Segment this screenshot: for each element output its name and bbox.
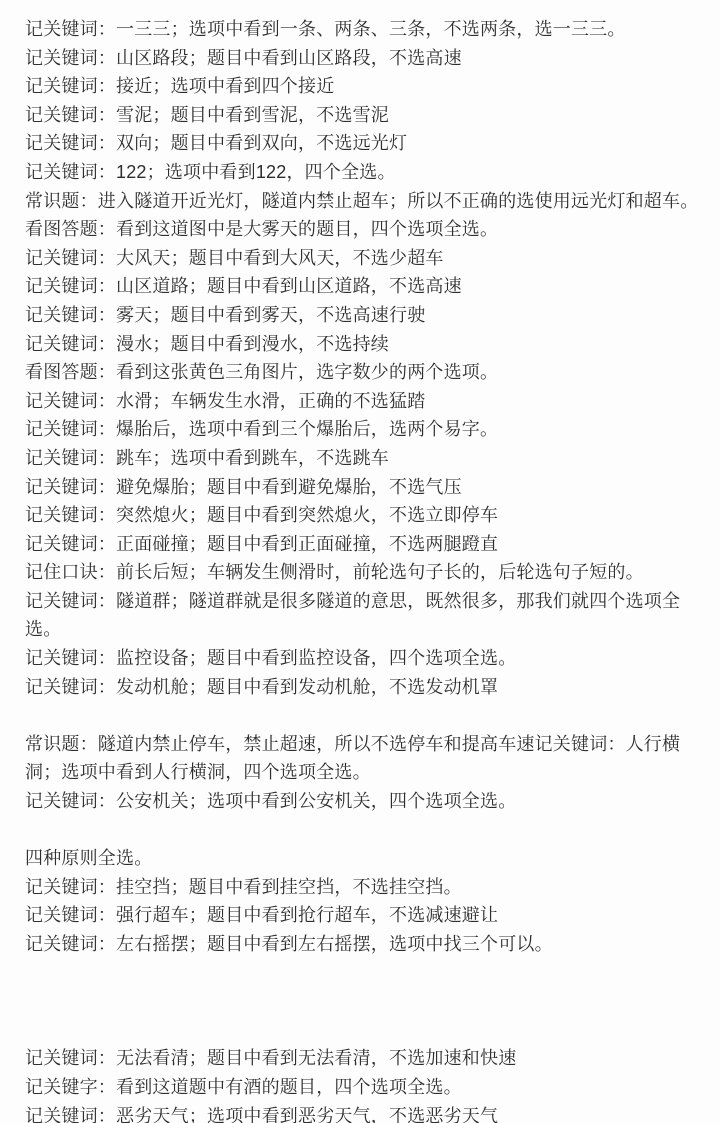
blank-line xyxy=(25,701,708,730)
note-line: 记关键词：正面碰撞；题目中看到正面碰撞，不选两腿蹬直 xyxy=(25,530,708,559)
note-line: 记关键词：山区道路；题目中看到山区道路，不选高速 xyxy=(25,272,708,301)
note-line: 看图答题：看到这道图中是大雾天的题目，四个选项全选。 xyxy=(25,215,708,244)
note-line: 记关键词：发动机舱；题目中看到发动机舱，不选发动机罩 xyxy=(25,673,708,702)
note-line: 记关键词：122；选项中看到122，四个全选。 xyxy=(25,158,708,187)
note-line: 记关键词：一三三；选项中看到一条、两条、三条，不选两条，选一三三。 xyxy=(25,15,708,44)
blank-line xyxy=(25,959,708,988)
note-line: 记关键词：突然熄火；题目中看到突然熄火，不选立即停车 xyxy=(25,501,708,530)
note-line: 记关键词：大风天；题目中看到大风天，不选少超车 xyxy=(25,244,708,273)
note-line: 四种原则全选。 xyxy=(25,844,708,873)
note-line: 看图答题：看到这张黄色三角图片，选字数少的两个选项。 xyxy=(25,358,708,387)
note-line: 记关键词：爆胎后，选项中看到三个爆胎后，选两个易字。 xyxy=(25,415,708,444)
note-line: 记关键词：监控设备；题目中看到监控设备，四个选项全选。 xyxy=(25,644,708,673)
note-line: 记关键词：雪泥；题目中看到雪泥，不选雪泥 xyxy=(25,101,708,130)
note-line: 记关键词：漫水；题目中看到漫水，不选持续 xyxy=(25,330,708,359)
note-line: 记关键词：强行超车；题目中看到抢行超车，不选减速避让 xyxy=(25,901,708,930)
note-line: 记关键词：避免爆胎；题目中看到避免爆胎，不选气压 xyxy=(25,473,708,502)
note-line: 记关键词：水滑；车辆发生水滑，正确的不选猛踏 xyxy=(25,387,708,416)
note-line: 记关键词：挂空挡；题目中看到挂空挡，不选挂空挡。 xyxy=(25,873,708,902)
note-line: 记关键词：跳车；选项中看到跳车，不选跳车 xyxy=(25,444,708,473)
note-line: 记关键词：无法看清；题目中看到无法看清，不选加速和快速 xyxy=(25,1044,708,1073)
note-line: 记关键词：公安机关；选项中看到公安机关，四个选项全选。 xyxy=(25,787,708,816)
note-line: 记住口诀：前长后短；车辆发生侧滑时，前轮选句子长的，后轮选句子短的。 xyxy=(25,558,708,587)
blank-line xyxy=(25,987,708,1016)
note-line: 记关键词：隧道群；隧道群就是很多隧道的意思，既然很多，那我们就四个选项全选。 xyxy=(25,587,708,644)
note-line: 记关键词：左右摇摆；题目中看到左右摇摆，选项中找三个可以。 xyxy=(25,930,708,959)
note-line: 常识题：隧道内禁止停车，禁止超速，所以不选停车和提高车速记关键词：人行横洞；选项… xyxy=(25,730,708,787)
note-line: 记关键词：恶劣天气；选项中看到恶劣天气，不选恶劣天气 xyxy=(25,1102,708,1123)
blank-line xyxy=(25,1016,708,1045)
blank-line xyxy=(25,816,708,845)
note-line: 记关键词：山区路段；题目中看到山区路段，不选高速 xyxy=(25,44,708,73)
note-line: 记关键词：雾天；题目中看到雾天，不选高速行驶 xyxy=(25,301,708,330)
note-line: 常识题：进入隧道开近光灯，隧道内禁止超车；所以不正确的选使用远光灯和超车。 xyxy=(25,187,708,216)
note-line: 记关键字：看到这道题中有酒的题目，四个选项全选。 xyxy=(25,1073,708,1102)
notes-document: 记关键词：一三三；选项中看到一条、两条、三条，不选两条，选一三三。 记关键词：山… xyxy=(0,0,720,1123)
note-line: 记关键词：接近；选项中看到四个接近 xyxy=(25,72,708,101)
note-line: 记关键词：双向；题目中看到双向，不选远光灯 xyxy=(25,129,708,158)
